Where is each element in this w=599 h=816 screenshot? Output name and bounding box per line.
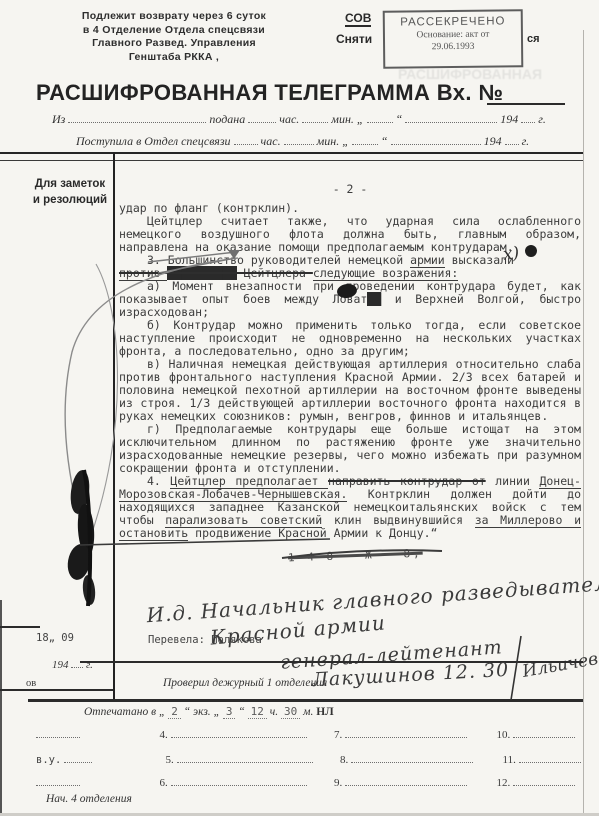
form-year-blank [521, 113, 535, 123]
distribution-row-3: 6. 9. 12. [36, 776, 575, 789]
form-hour-label2: час. [261, 134, 281, 148]
telegram-body: - 2 - удар по фланг (контрклин). Цейтцле… [119, 183, 581, 540]
margin-ov-fragment: ов [26, 678, 36, 689]
pq3: „ [214, 706, 220, 718]
form-year2: 194 [484, 134, 502, 148]
document-title: РАСШИФРОВАННАЯ ТЕЛЕГРАММА Вх. № [36, 80, 503, 106]
dist-blank-9 [345, 776, 467, 786]
p4-text: линии [486, 474, 540, 488]
scan-edge-left [0, 600, 2, 816]
margin-hline-top [0, 626, 40, 628]
dist-blank-r3c1 [36, 776, 80, 786]
pq1: „ [159, 706, 165, 718]
body-paragraph-4: 4. Цейтцлер предполагает направить контр… [119, 475, 581, 540]
form-close-quote: “ [396, 112, 403, 126]
dist-blank-r2c1 [64, 753, 92, 763]
notes-margin-label: Для заметок и резолюций [24, 176, 116, 208]
pq4: “ [238, 706, 244, 718]
pq2: “ [184, 706, 190, 718]
p4-number: 4. [147, 474, 170, 488]
dist-blank-r1c1 [36, 728, 80, 738]
distribution-row-1: 4. 7. 10. [36, 728, 575, 741]
dist-blank-10 [513, 728, 575, 738]
dist-blank-11 [519, 753, 581, 763]
handwritten-margin-mark: х) [502, 243, 520, 265]
title-number-blank [487, 103, 565, 105]
form-hour-label: час. [279, 112, 299, 126]
typist-initials: НЛ [316, 706, 334, 718]
classification-label: СОВ [345, 11, 371, 27]
dist-num-6: 6. [160, 777, 168, 789]
p3-text: 3. Большинство руководителей немецкой [147, 253, 410, 267]
section-head-label: Нач. 4 отделения [46, 793, 132, 805]
crossed-out-typed-line: 1 4 8 — Ж — 8, [288, 547, 423, 565]
margin-time-entry: 18„ 09 [36, 632, 74, 644]
page-number: - 2 - [119, 183, 581, 196]
copy-prohibition-right: ся [527, 33, 540, 45]
body-paragraph-v: в) Наличная немецкая действующая артилле… [119, 358, 581, 423]
stamp-basis: Основание: акт от [385, 29, 521, 40]
form-min-label: мин. [331, 112, 354, 126]
stamp-date: 29.06.1993 [385, 41, 521, 52]
form-year-g2: г. [522, 134, 530, 148]
dist-num-9: 9. [334, 777, 342, 789]
notes-margin-divider [113, 152, 115, 702]
dist-blank-4 [171, 728, 307, 738]
handwritten-signature: Ильичев. [521, 648, 599, 682]
form-from-label: Из [52, 112, 65, 126]
form-year-g: г. [538, 112, 546, 126]
margin-year: 194 г. [52, 658, 93, 671]
ink-blot-margin [65, 469, 96, 606]
distribution-row-2: в.у. 5. 8. 11. [36, 753, 581, 766]
checked-by-line: Проверил дежурный 1 отделения [163, 677, 327, 689]
form-from-blank [68, 113, 206, 123]
declassified-stamp: РАССЕКРЕЧЕНО Основание: акт от 29.06.199… [383, 9, 524, 68]
form-min-label2: мин. [317, 134, 340, 148]
dist-blank-12 [513, 776, 575, 786]
form-month-blank2 [391, 135, 481, 145]
print-minute: 30 [281, 705, 300, 719]
print-hour: 12 [248, 705, 267, 719]
form-min-blank2 [284, 135, 314, 145]
signature-stroke [511, 636, 521, 700]
margin-hline-bottom [0, 689, 113, 691]
dist-num-5: 5. [166, 754, 174, 766]
form-year: 194 [500, 112, 518, 126]
return-notice-line3: Главного Развед. Управления [28, 37, 320, 51]
telegram-document-page: Подлежит возврату через 6 суток в 4 Отде… [0, 0, 599, 816]
dist-blank-5 [177, 753, 313, 763]
body-paragraph-g: г) Предполагаемые контрудары еще больше … [119, 423, 581, 475]
pa-ink-blot: ██ [367, 292, 381, 306]
form-date-blank [367, 113, 393, 123]
minute-label: м. [303, 706, 313, 718]
ekz-label: экз. [193, 706, 211, 718]
return-notice-line2: в 4 Отделение Отдела спецсвязи [28, 24, 320, 38]
form-open-quote: „ [357, 112, 364, 126]
dist-num-7: 7. [334, 729, 342, 741]
translator-line: Перевела: Полякова [148, 634, 262, 646]
form-month-blank [405, 113, 497, 123]
dist-num-4: 4. [160, 729, 168, 741]
body-paragraph-a: а) Момент внезапности при проведении кон… [119, 280, 581, 319]
form-podana-label: подана [209, 112, 245, 126]
notes-label-line2: и резолюций [24, 192, 116, 208]
return-notice-line4: Генштаба РККА , [28, 51, 320, 65]
form-year-blank2 [505, 135, 519, 145]
form-min-blank [302, 113, 328, 123]
margin-year-value: 194 [52, 659, 69, 671]
p3-struck-zeitzler: Цейтцлера [237, 266, 313, 280]
dist-blank-8 [351, 753, 473, 763]
dist-vu-entry: в.у. [36, 754, 61, 766]
footer-divider-rule [28, 699, 583, 702]
p3-blacked-out-words: ██████████ [167, 266, 236, 280]
printed-copies-line: Отпечатано в „ 2 “ экз. „ 3 “ 12 ч. 30 м… [84, 705, 334, 718]
scan-edge-right [583, 30, 584, 816]
notes-label-line1: Для заметок [24, 176, 116, 192]
header-divider-rule [0, 152, 583, 161]
dist-num-10: 10. [497, 729, 511, 741]
margin-year-blank [71, 658, 83, 668]
form-date-blank2 [352, 135, 378, 145]
copy-number: 3 [223, 705, 236, 719]
form-received-label: Поступила в Отдел спецсвязи [76, 134, 231, 148]
p4-text4: продвижение Красной Армии к Донцу.“ [188, 526, 437, 540]
form-line-origin: Из подана час. мин. „ “ 194 г. [52, 112, 546, 127]
body-paragraph-b: б) Контрудар можно применить только тогд… [119, 319, 581, 358]
dist-num-11: 11. [503, 754, 516, 766]
return-notice-line1: Подлежит возврату через 6 суток [28, 10, 320, 24]
form-hour-blank2 [234, 135, 258, 145]
hour-label: ч. [270, 706, 278, 718]
form-close-quote2: “ [381, 134, 388, 148]
p4-struck-counterstrike: направить контрудар от [328, 474, 486, 488]
form-line-received: Поступила в Отдел спецсвязи час. мин. „ … [76, 134, 529, 149]
copy-prohibition-left: Сняти [336, 32, 372, 46]
return-notice: Подлежит возврату через 6 суток в 4 Отде… [28, 10, 320, 64]
p4-text3: клин выдвинувшийся [322, 513, 475, 527]
dist-blank-7 [345, 728, 467, 738]
dist-num-12: 12. [497, 777, 511, 789]
dist-blank-6 [171, 776, 307, 786]
printed-label: Отпечатано в [84, 706, 156, 718]
stamp-title: РАССЕКРЕЧЕНО [385, 15, 521, 28]
form-open-quote2: „ [342, 134, 349, 148]
form-hour-blank [248, 113, 276, 123]
dist-num-8: 8. [340, 754, 348, 766]
copies-count: 2 [168, 705, 181, 719]
